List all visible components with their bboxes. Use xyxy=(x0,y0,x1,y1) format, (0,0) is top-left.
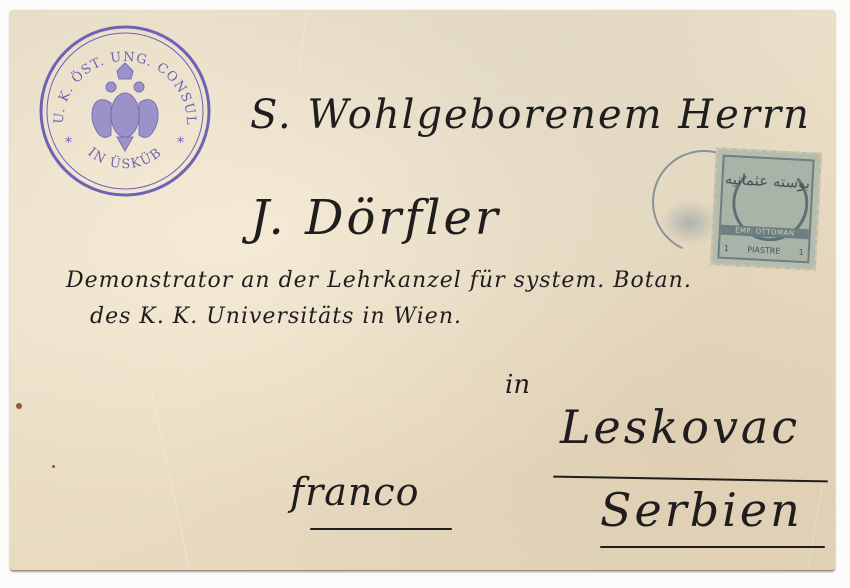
stamp-value: 1 PIASTRE 1 xyxy=(724,244,804,257)
stamp-value-number: 1 xyxy=(724,244,730,253)
country-underline xyxy=(600,546,825,548)
recipient-name: J. Dörfler xyxy=(250,190,501,246)
paper-crease xyxy=(807,481,824,570)
consulate-seal: K. U. K. ÖST. UNG. CONSULAT IN ÜSKÜB * * xyxy=(37,23,213,199)
stamp-value-unit: PIASTRE xyxy=(747,245,781,256)
destination-country: Serbien xyxy=(600,483,803,537)
paper-crease xyxy=(151,392,189,568)
stamp-frame: بوسته عثمانيه EMP. OTTOMAN 1 PIASTRE 1 xyxy=(717,155,814,264)
seal-graphic: K. U. K. ÖST. UNG. CONSULAT IN ÜSKÜB * * xyxy=(37,23,213,199)
seal-star-right: * xyxy=(177,135,184,151)
address-preposition: in xyxy=(505,370,530,400)
postage-stamp: بوسته عثمانيه EMP. OTTOMAN 1 PIASTRE 1 xyxy=(710,147,822,270)
stain-spot xyxy=(16,403,22,409)
seal-star-left: * xyxy=(65,135,72,151)
paper-crease xyxy=(297,10,308,79)
stain-spot xyxy=(52,465,55,468)
franco-underline xyxy=(310,528,452,530)
double-headed-eagle-icon xyxy=(92,63,158,151)
destination-city: Leskovac xyxy=(560,400,800,454)
recipient-title-line-2: des K. K. Universitäts in Wien. xyxy=(90,304,462,329)
stamp-value-number-right: 1 xyxy=(798,248,804,257)
address-salutation: S. Wohlgeborenem Herrn xyxy=(250,92,811,138)
recipient-title-line-1: Demonstrator an der Lehrkanzel für syste… xyxy=(66,268,692,293)
franco-annotation: franco xyxy=(290,470,420,514)
